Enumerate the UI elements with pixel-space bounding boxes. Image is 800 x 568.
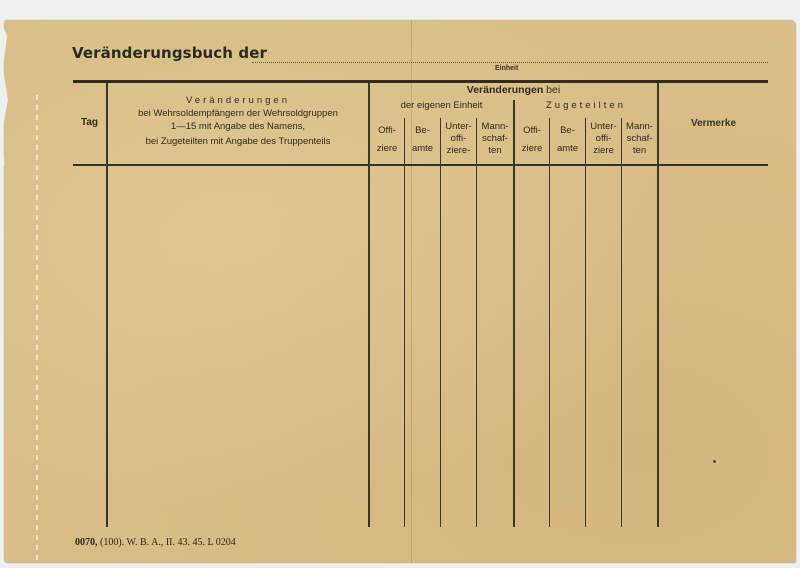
label: ziere [586,145,621,157]
changes-entry-area[interactable] [108,166,368,527]
header-assigned: Zugeteilten [515,100,657,112]
subheader-assigned-ncos: Unter- offi- ziere [586,121,621,157]
header-remarks: Vermerke [659,118,768,130]
subheader-own-officers: Offi- ziere [370,125,404,155]
label: offi- [441,133,476,145]
header-changes-line2: 1—15 mit Angabe des Namens, [108,121,368,133]
label: Mann- [622,121,657,133]
label: Mann- [477,121,513,133]
label: Unter- [441,121,476,133]
label: schaf- [477,133,513,145]
label: ten [477,145,513,157]
header-changes-line1: bei Wehrsoldempfängern der Wehrsoldgrupp… [108,108,368,120]
col-divider [549,118,550,527]
tag-entry-area[interactable] [73,166,106,527]
col-divider [476,118,477,527]
document-title: Veränderungsbuch der [72,44,267,62]
header-own-unit: der eigenen Einheit [370,100,513,112]
form-footer: 0070, (100). W. B. A., II. 43. 45. L 020… [75,537,236,548]
label: ziere [370,143,404,155]
remarks-entry-area[interactable] [659,166,768,527]
label: schaf- [622,133,657,145]
label: offi- [586,133,621,145]
header-changes-line3: bei Zugeteilten mit Angabe des Truppente… [108,136,368,148]
ink-spot [713,460,716,463]
header-tag: Tag [73,117,106,129]
header-group-title-bold: Veränderungen [467,84,543,96]
label: ten [622,145,657,157]
header-group-title: Veränderungen bei [370,84,657,96]
col-divider [585,118,586,527]
subheader-assigned-officials: Be- amte [550,125,585,155]
col-divider [440,118,441,527]
table-top-rule [73,80,768,83]
unit-fill-line[interactable] [252,62,768,63]
col-divider [404,118,405,527]
subheader-assigned-enlisted: Mann- schaf- ten [622,121,657,157]
subheader-own-officials: Be- amte [405,125,440,155]
label: Be- [550,125,585,137]
label: ziere- [441,145,476,157]
subheader-own-enlisted: Mann- schaf- ten [477,121,513,157]
header-group-title-rest: bei [546,84,560,96]
label: ziere [515,143,549,155]
form-number: 0070, [75,537,98,548]
col-divider [621,118,622,527]
header-changes-title: Veränderungen [108,95,368,107]
label: Be- [405,125,440,137]
label: amte [550,143,585,155]
label: Offi- [515,125,549,137]
subheader-assigned-officers: Offi- ziere [515,125,549,155]
perforation-line [36,95,38,560]
unit-label: Einheit [495,65,518,72]
col-divider-group [513,100,515,527]
print-info: (100). W. B. A., II. 43. 45. L 0204 [100,537,236,548]
label: Unter- [586,121,621,133]
label: Offi- [370,125,404,137]
label: amte [405,143,440,155]
subheader-own-ncos: Unter- offi- ziere- [441,121,476,157]
